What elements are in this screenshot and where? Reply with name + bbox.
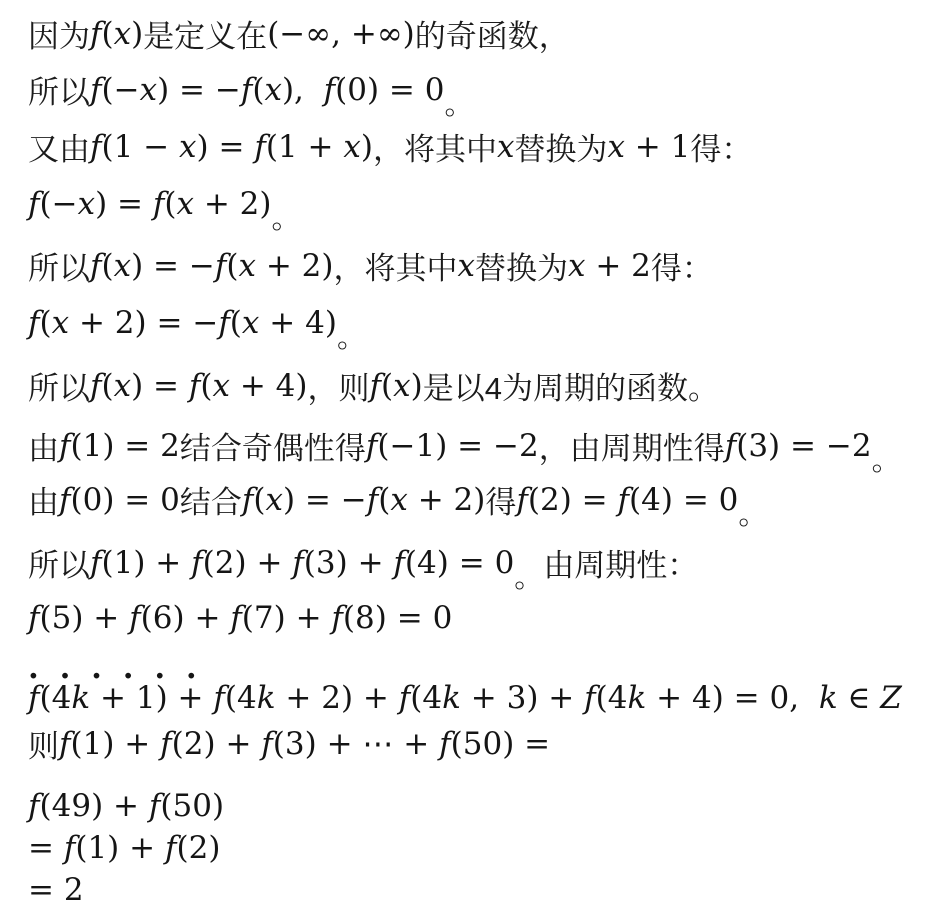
text-line-6: f(x + 2) = −f(x + 4)。 (28, 303, 366, 358)
math-text: f(5) + f(6) + f(7) + f(8) = 0 (28, 600, 452, 636)
math-text: f(x) = −f(x + 2) (242, 482, 486, 518)
chinese-text: 则 (28, 729, 59, 764)
text-line-10: 所以f(1) + f(2) + f(3) + f(4) = 0。由周期性： (28, 543, 698, 598)
math-text: f(x) = −f(x + 2) (90, 248, 334, 284)
full-stop: 。 (514, 562, 543, 594)
math-text: f(x) (90, 16, 143, 52)
full-stop: 。 (337, 322, 366, 354)
math-text: x + 2 (568, 248, 651, 284)
chinese-text: ，将其中 (334, 251, 458, 286)
chinese-text: 得： (651, 251, 713, 286)
chinese-text: 替换为 (514, 132, 607, 167)
chinese-text: ，则 (308, 371, 370, 406)
chinese-text: ，将其中 (373, 132, 497, 167)
math-text: f(−x) = −f(x), f(0) = 0 (90, 72, 445, 108)
text-line-13: f(4k + 1) + f(4k + 2) + f(4k + 3) + f(4k… (28, 678, 902, 727)
math-text: f(1) + f(2) + f(3) + f(4) = 0 (90, 545, 514, 581)
math-text: = 2 (28, 872, 84, 908)
math-text: f(1) + f(2) + f(3) + ⋯ + f(50) = (59, 726, 550, 762)
math-text: f(2) = f(4) = 0 (516, 482, 738, 518)
text-line-8: 由f(1) = 2结合奇偶性得f(−1) = −2，由周期性得f(3) = −2… (28, 426, 901, 481)
chinese-text: 得 (485, 485, 516, 520)
chinese-text: 因为 (28, 19, 90, 54)
text-line-3: 又由f(1 − x) = f(1 + x)，将其中x替换为x + 1得： (28, 127, 752, 176)
chinese-text: 结合奇偶性得 (180, 431, 366, 466)
chinese-text: 的奇函数， (415, 19, 570, 54)
text-line-7: 所以f(x) = f(x + 4)，则f(x)是以4为周期的函数。 (28, 366, 719, 415)
chinese-text: ，由周期性得 (539, 431, 725, 466)
math-text: x (458, 248, 475, 284)
chinese-text: 是定义在 (143, 19, 267, 54)
chinese-text: 所以 (28, 251, 90, 286)
text-line-4: f(−x) = f(x + 2)。 (28, 184, 301, 239)
math-text: f(−1) = −2 (366, 428, 539, 464)
chinese-text: 所以 (28, 371, 90, 406)
chinese-text: 所以 (28, 75, 90, 110)
math-text: = f(1) + f(2) (28, 830, 220, 866)
math-text: f(0) = 0 (59, 482, 180, 518)
math-text: x + 1 (607, 129, 690, 165)
chinese-text: 结合 (180, 485, 242, 520)
text-line-14: 则f(1) + f(2) + f(3) + ⋯ + f(50) = (28, 724, 550, 773)
chinese-text: 又由 (28, 132, 90, 167)
text-line-5: 所以f(x) = −f(x + 2)，将其中x替换为x + 2得： (28, 246, 713, 295)
full-stop: 。 (738, 499, 767, 531)
chinese-text: 由 (28, 485, 59, 520)
math-text: f(1 − x) = f(1 + x) (90, 129, 373, 165)
text-line-11: f(5) + f(6) + f(7) + f(8) = 0 (28, 598, 452, 647)
text-line-9: 由f(0) = 0结合f(x) = −f(x + 2)得f(2) = f(4) … (28, 480, 767, 535)
math-text: f(4k + 1) + f(4k + 2) + f(4k + 3) + f(4k… (28, 680, 902, 716)
text-line-17: = 2 (28, 870, 84, 917)
chinese-text: 是以4为周期的函数。 (423, 371, 719, 406)
math-text: f(x) (370, 368, 423, 404)
full-stop: 。 (872, 445, 901, 477)
chinese-text: 由周期性： (543, 548, 698, 583)
math-text: f(x) = f(x + 4) (90, 368, 308, 404)
math-text: x (497, 129, 514, 165)
math-text: f(49) + f(50) (28, 788, 224, 824)
chinese-text: 替换为 (475, 251, 568, 286)
chinese-text: 由 (28, 431, 59, 466)
chinese-text: 所以 (28, 548, 90, 583)
text-line-1: 因为f(x)是定义在(−∞, +∞)的奇函数， (28, 14, 570, 63)
math-text: f(x + 2) = −f(x + 4) (28, 305, 337, 341)
math-text: (−∞, +∞) (267, 16, 415, 52)
chinese-text: 得： (690, 132, 752, 167)
full-stop: 。 (445, 89, 474, 121)
document-page: 因为f(x)是定义在(−∞, +∞)的奇函数，所以f(−x) = −f(x), … (0, 0, 947, 917)
math-text: f(3) = −2 (725, 428, 872, 464)
full-stop: 。 (272, 203, 301, 235)
text-line-2: 所以f(−x) = −f(x), f(0) = 0。 (28, 70, 474, 125)
math-text: f(−x) = f(x + 2) (28, 186, 272, 222)
math-text: f(1) = 2 (59, 428, 180, 464)
